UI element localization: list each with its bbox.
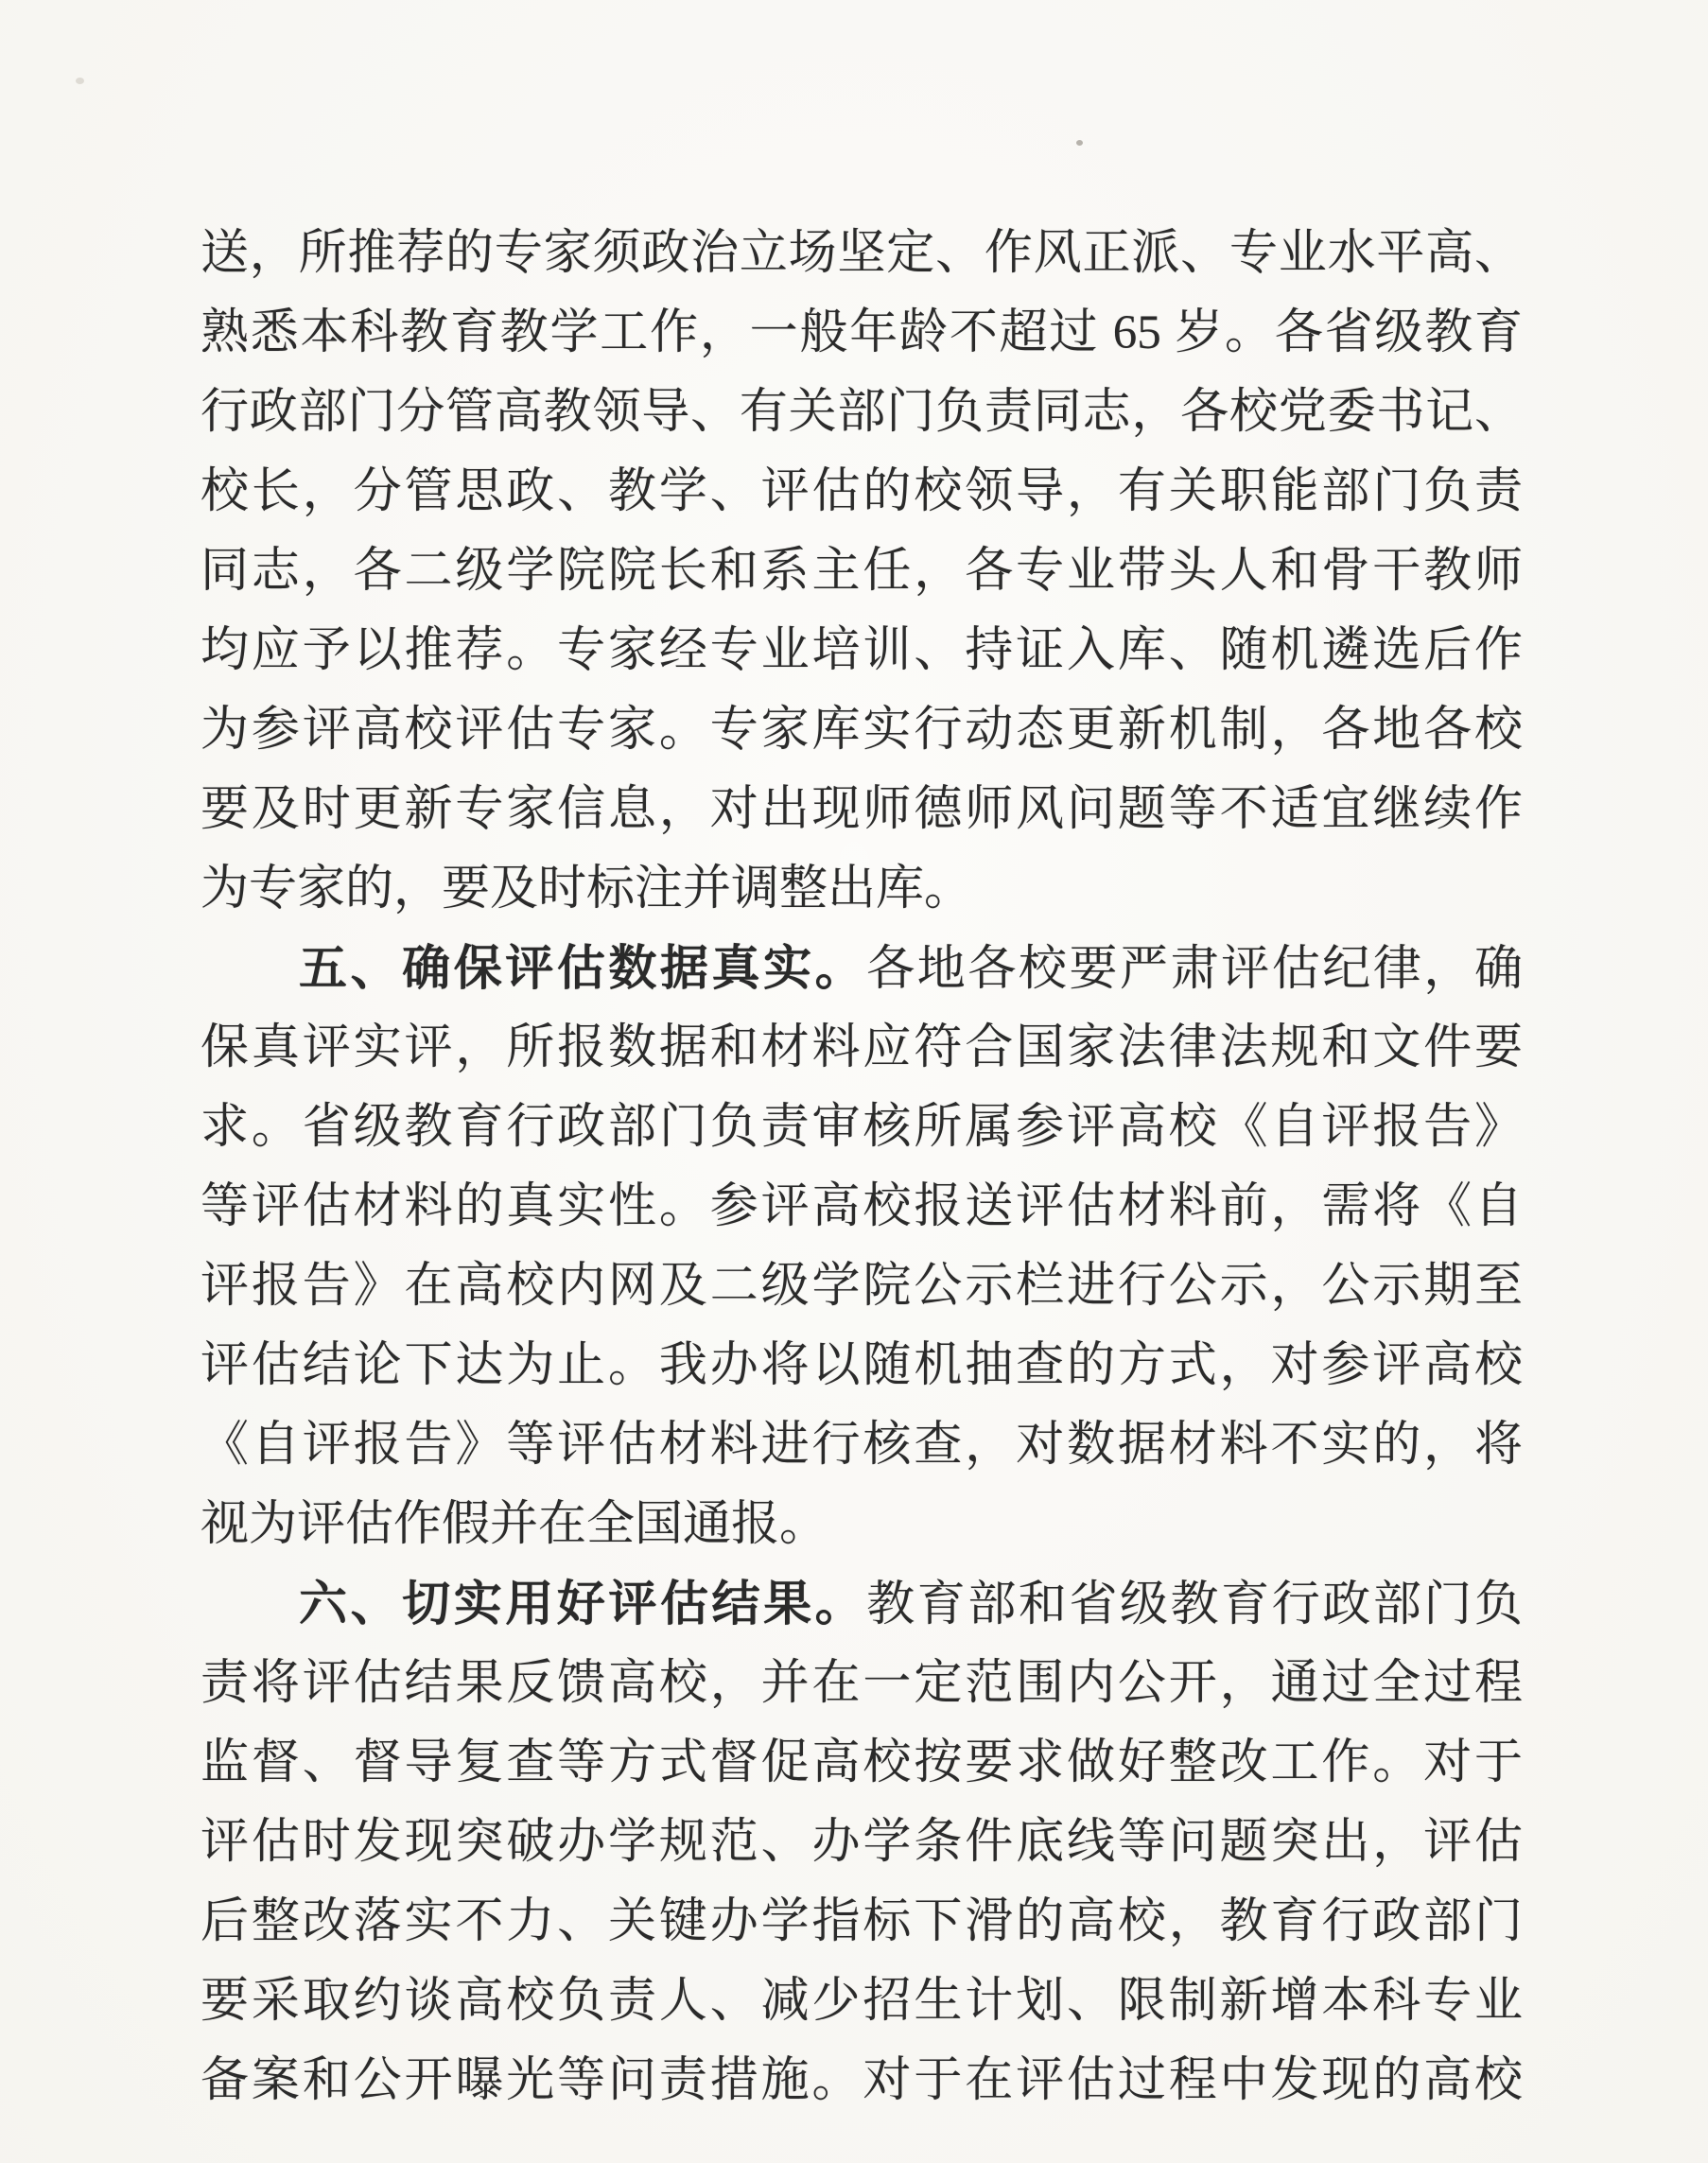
body-text: 保真评实评，所报数据和材料应符合国家法律法规和文件要 [200,1021,1523,1074]
document-text-block: 送，所推荐的专家须政治立场坚定、作风正派、专业水平高、熟悉本科教育教学工作，一般… [200,214,1523,2120]
text-line: 同志，各二级学院院长和系主任，各专业带头人和骨干教师 [200,532,1523,611]
text-line: 送，所推荐的专家须政治立场坚定、作风正派、专业水平高、 [200,214,1523,293]
text-line: 六、切实用好评估结果。教育部和省级教育行政部门负 [200,1564,1523,1644]
text-line: 《自评报告》等评估材料进行核查，对数据材料不实的，将 [200,1405,1523,1485]
text-line: 评报告》在高校内网及二级学院公示栏进行公示，公示期至 [200,1247,1523,1326]
text-line: 视为评估作假并在全国通报。 [200,1485,1523,1564]
body-text: 同志，各二级学院院长和系主任，各专业带头人和骨干教师 [200,545,1523,598]
text-line: 等评估材料的真实性。参评高校报送评估材料前，需将《自 [200,1167,1523,1247]
body-text: 为专家的，要及时标注并调整出库。 [200,863,972,916]
body-text: 熟悉本科教育教学工作，一般年龄不超过 65 岁。各省级教育 [200,306,1523,359]
body-text: 要及时更新专家信息，对出现师德师风问题等不适宜继续作 [200,783,1523,836]
body-text: 后整改落实不力、关键办学指标下滑的高校，教育行政部门 [200,1895,1523,1948]
section-heading-text: 六、切实用好评估结果。 [299,1577,866,1631]
body-text: 评估结论下达为止。我办将以随机抽查的方式，对参评高校 [200,1339,1523,1392]
body-text: 等评估材料的真实性。参评高校报送评估材料前，需将《自 [200,1180,1523,1233]
body-text: 视为评估作假并在全国通报。 [200,1498,828,1551]
text-line: 求。省级教育行政部门负责审核所属参评高校《自评报告》 [200,1088,1523,1167]
scan-speck [76,78,84,84]
text-line: 要及时更新专家信息，对出现师德师风问题等不适宜继续作 [200,770,1523,849]
text-line: 熟悉本科教育教学工作，一般年龄不超过 65 岁。各省级教育 [200,293,1523,373]
body-text: 各地各校要严肃评估纪律，确 [866,943,1523,996]
text-line: 均应予以推荐。专家经专业培训、持证入库、随机遴选后作 [200,611,1523,690]
text-line: 评估时发现突破办学规范、办学条件底线等问题突出，评估 [200,1803,1523,1882]
text-line: 备案和公开曝光等问责措施。对于在评估过程中发现的高校 [200,2041,1523,2120]
text-line: 保真评实评，所报数据和材料应符合国家法律法规和文件要 [200,1008,1523,1088]
body-text: 教育部和省级教育行政部门负 [866,1579,1523,1631]
scanned-document-page: 送，所推荐的专家须政治立场坚定、作风正派、专业水平高、熟悉本科教育教学工作，一般… [0,0,1708,2163]
text-line: 行政部门分管高教领导、有关部门负责同志，各校党委书记、 [200,373,1523,452]
body-text: 《自评报告》等评估材料进行核查，对数据材料不实的，将 [200,1419,1523,1472]
body-text: 校长，分管思政、教学、评估的校领导，有关职能部门负责 [200,465,1523,518]
text-line: 后整改落实不力、关键办学指标下滑的高校，教育行政部门 [200,1882,1523,1962]
text-line: 监督、督导复查等方式督促高校按要求做好整改工作。对于 [200,1723,1523,1803]
text-line: 评估结论下达为止。我办将以随机抽查的方式，对参评高校 [200,1326,1523,1405]
text-line: 五、确保评估数据真实。各地各校要严肃评估纪律，确 [200,929,1523,1008]
section-heading-text: 五、确保评估数据真实。 [299,941,866,995]
body-text: 送，所推荐的专家须政治立场坚定、作风正派、专业水平高、 [200,227,1523,280]
text-line: 校长，分管思政、教学、评估的校领导，有关职能部门负责 [200,452,1523,532]
body-text: 评报告》在高校内网及二级学院公示栏进行公示，公示期至 [200,1260,1523,1313]
text-line: 为参评高校评估专家。专家库实行动态更新机制，各地各校 [200,690,1523,770]
text-line: 责将评估结果反馈高校，并在一定范围内公开，通过全过程 [200,1644,1523,1723]
body-text: 要采取约谈高校负责人、减少招生计划、限制新增本科专业 [200,1975,1523,2028]
scan-speck [1076,140,1083,146]
text-line: 为专家的，要及时标注并调整出库。 [200,849,1523,929]
text-line: 要采取约谈高校负责人、减少招生计划、限制新增本科专业 [200,1962,1523,2041]
body-text: 监督、督导复查等方式督促高校按要求做好整改工作。对于 [200,1736,1523,1789]
body-text: 备案和公开曝光等问责措施。对于在评估过程中发现的高校 [200,2054,1523,2107]
body-text: 评估时发现突破办学规范、办学条件底线等问题突出，评估 [200,1816,1523,1869]
body-text: 行政部门分管高教领导、有关部门负责同志，各校党委书记、 [200,386,1523,439]
body-text: 为参评高校评估专家。专家库实行动态更新机制，各地各校 [200,704,1523,757]
body-text: 均应予以推荐。专家经专业培训、持证入库、随机遴选后作 [200,624,1523,677]
body-text: 求。省级教育行政部门负责审核所属参评高校《自评报告》 [200,1101,1523,1154]
body-text: 责将评估结果反馈高校，并在一定范围内公开，通过全过程 [200,1657,1523,1710]
